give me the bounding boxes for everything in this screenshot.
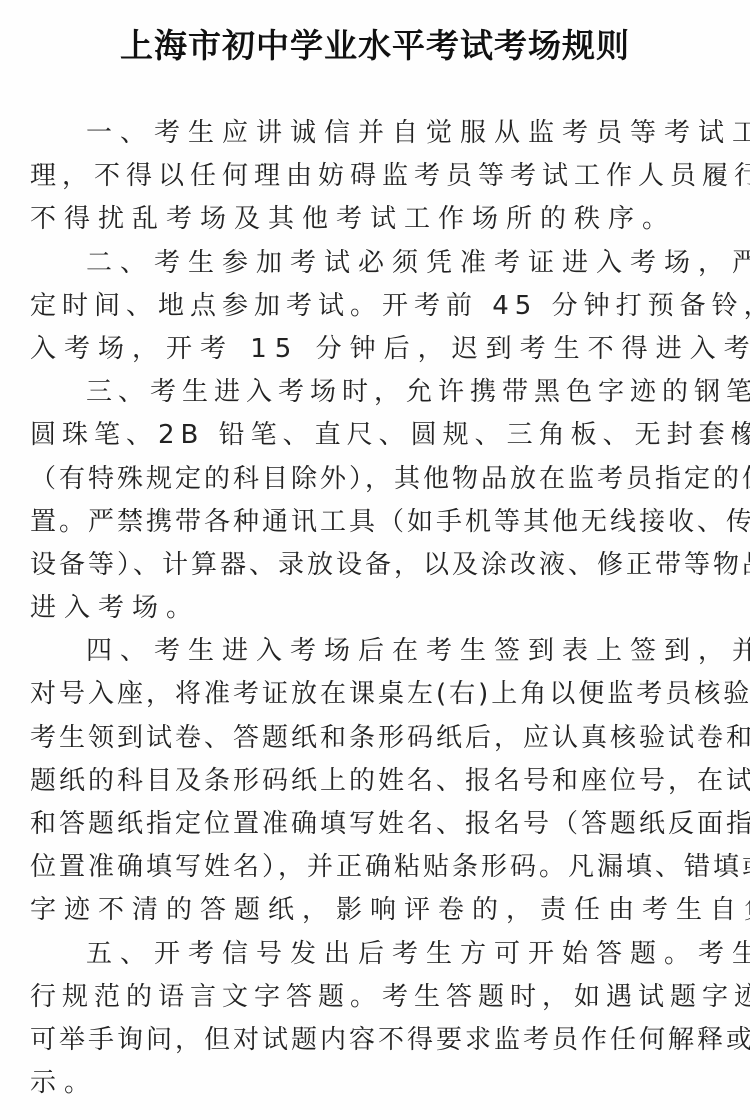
rule-paragraph-4: 四、考生进入考场后在考生签到表上签到，并按座位号 对号入座，将准考证放在课桌左(… bbox=[30, 630, 730, 932]
rule-paragraph-5: 五、开考信号发出后考生方可开始答题。考生必须用现 行规范的语言文字答题。考生答题… bbox=[30, 933, 730, 1106]
text-line: （有特殊规定的科目除外），其他物品放在监考员指定的位 bbox=[30, 458, 730, 501]
text-line: 考生领到试卷、答题纸和条形码纸后，应认真核验试卷和答 bbox=[30, 717, 730, 760]
text-line: 三、考生进入考场时，允许携带黑色字迹的钢笔、水笔、 bbox=[30, 371, 730, 414]
text-line: 四、考生进入考场后在考生签到表上签到，并按座位号 bbox=[30, 630, 730, 673]
text-line: 位置准确填写姓名），并正确粘贴条形码。凡漏填、错填或 bbox=[30, 846, 730, 889]
text-line: 入考场，开考 15 分钟后，迟到考生不得进入考点。 bbox=[30, 328, 730, 371]
rule-paragraph-2: 二、考生参加考试必须凭准考证进入考场，严格按照规 定时间、地点参加考试。开考前 … bbox=[30, 242, 730, 372]
text-line: 一、考生应讲诚信并自觉服从监考员等考试工作人员管 bbox=[30, 112, 730, 155]
text-line: 和答题纸指定位置准确填写姓名、报名号（答题纸反面指定 bbox=[30, 803, 730, 846]
text-line: 五、开考信号发出后考生方可开始答题。考生必须用现 bbox=[30, 933, 730, 976]
document-page: 上海市初中学业水平考试考场规则 一、考生应讲诚信并自觉服从监考员等考试工作人员管… bbox=[0, 0, 750, 1120]
text-line: 题纸的科目及条形码纸上的姓名、报名号和座位号，在试卷 bbox=[30, 760, 730, 803]
text-line: 示。 bbox=[30, 1062, 730, 1105]
rule-paragraph-3: 三、考生进入考场时，允许携带黑色字迹的钢笔、水笔、 圆珠笔、2B 铅笔、直尺、圆… bbox=[30, 371, 730, 630]
text-line: 圆珠笔、2B 铅笔、直尺、圆规、三角板、无封套橡皮等文具 bbox=[30, 414, 730, 457]
text-line: 字迹不清的答题纸，影响评卷的，责任由考生自负。 bbox=[30, 889, 730, 932]
text-line: 对号入座，将准考证放在课桌左(右)上角以便监考员核验。 bbox=[30, 673, 730, 716]
text-line: 可举手询问，但对试题内容不得要求监考员作任何解释或启 bbox=[30, 1019, 730, 1062]
rule-paragraph-1: 一、考生应讲诚信并自觉服从监考员等考试工作人员管 理，不得以任何理由妨碍监考员等… bbox=[30, 112, 730, 242]
document-body: 一、考生应讲诚信并自觉服从监考员等考试工作人员管 理，不得以任何理由妨碍监考员等… bbox=[30, 112, 730, 1105]
text-line: 二、考生参加考试必须凭准考证进入考场，严格按照规 bbox=[30, 242, 730, 285]
text-line: 行规范的语言文字答题。考生答题时，如遇试题字迹不清， bbox=[30, 976, 730, 1019]
text-line: 定时间、地点参加考试。开考前 45 分钟打预备铃，考生进 bbox=[30, 285, 730, 328]
text-line: 进入考场。 bbox=[30, 587, 730, 630]
text-line: 理，不得以任何理由妨碍监考员等考试工作人员履行职责， bbox=[30, 155, 730, 198]
text-line: 置。严禁携带各种通讯工具（如手机等其他无线接收、传送 bbox=[30, 501, 730, 544]
text-line: 不得扰乱考场及其他考试工作场所的秩序。 bbox=[30, 198, 730, 241]
text-line: 设备等）、计算器、录放设备，以及涂改液、修正带等物品 bbox=[30, 544, 730, 587]
page-title: 上海市初中学业水平考试考场规则 bbox=[0, 26, 750, 66]
